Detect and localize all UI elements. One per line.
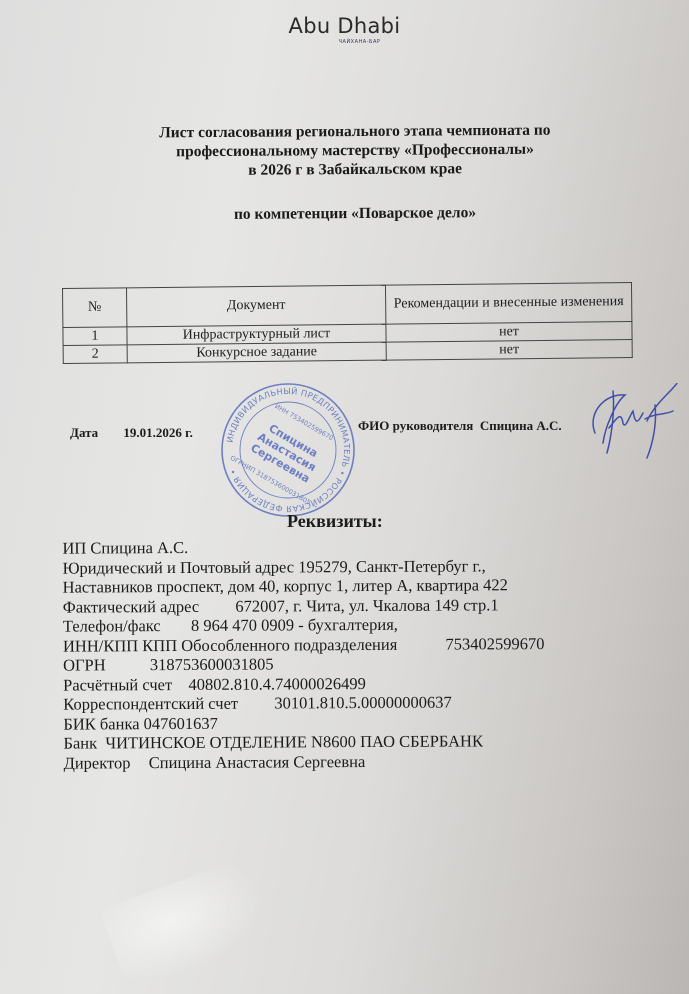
header-changes: Рекомендации и внесенные изменения — [385, 283, 631, 325]
manager-name-line: ФИО руководителя Спицина А.С. — [358, 418, 562, 434]
bik-value: 047601637 — [144, 713, 218, 732]
inn-value: 753402599670 — [445, 634, 544, 654]
logo-sub-text: ЧАЙХАНА-БАР — [30, 39, 689, 45]
ogrn-value: 318753600031805 — [150, 654, 274, 674]
manager-label: ФИО руководителя — [358, 418, 473, 433]
director: Директор Спицина Анастасия Сергеевна — [64, 750, 674, 773]
actual-address-label: Фактический адрес — [63, 596, 199, 616]
table-header-row: № Документ Рекомендации и внесенные изме… — [63, 283, 632, 328]
row-document: Конкурсное задание — [127, 342, 386, 363]
legal-address-value: 195279, Санкт-Петербуг г., — [298, 556, 486, 576]
requisites-title: Реквизиты: — [287, 511, 383, 532]
row-number: 1 — [63, 327, 127, 346]
header-document: Документ — [127, 285, 386, 327]
approval-date: Дата 19.01.2026 г. — [70, 425, 193, 441]
signature-icon — [585, 383, 685, 463]
date-label: Дата — [70, 425, 98, 440]
official-stamp-icon: ИНДИВИДУАЛЬНЫЙ ПРЕДПРИНИМАТЕЛЬ • РОССИЙС… — [218, 380, 358, 520]
title-line: в 2026 г в Забайкальском крае — [60, 158, 650, 181]
competence-title: по компетенции «Поварское дело» — [60, 203, 650, 225]
row-number: 2 — [63, 345, 127, 364]
header-number: № — [63, 288, 127, 328]
bank-label: Банк — [63, 733, 97, 752]
manager-name: Спицина А.С. — [480, 418, 562, 433]
requisites-block: ИП Спицина А.С. Юридический и Почтовый а… — [62, 535, 673, 772]
date-value: 19.01.2026 г. — [123, 425, 192, 440]
phone-label: Телефон/факс — [63, 616, 161, 636]
corr-value: 30101.810.5.00000000637 — [274, 693, 451, 713]
phone-value: 8 964 470 0909 - бухгалтерия, — [191, 615, 398, 635]
documents-table: № Документ Рекомендации и внесенные изме… — [62, 282, 633, 364]
director-value: Спицина Анастасия Сергеевна — [149, 752, 366, 772]
inn-label: ИНН/КПП КПП Обособленного подразделения — [63, 634, 397, 655]
document-page: Abu Dhabi ЧАЙХАНА-БАР Лист согласования … — [0, 0, 689, 994]
document-title: Лист согласования регионального этапа че… — [60, 120, 650, 181]
director-label: Директор — [64, 753, 131, 772]
account-label: Расчётный счет — [63, 675, 172, 695]
light-glare — [99, 855, 280, 994]
bank-value: ЧИТИНСКОЕ ОТДЕЛЕНИЕ N8600 ПАО СБЕРБАНК — [105, 731, 483, 752]
account-value: 40802.810.4.74000026499 — [188, 674, 365, 694]
bik-label: БИК банка — [63, 714, 139, 733]
legal-address-label: Юридический и Почтовый адрес — [62, 557, 294, 577]
row-changes: нет — [386, 340, 632, 361]
actual-address-value: 672007, г. Чита, ул. Чкалова 149 стр.1 — [235, 595, 498, 615]
corr-label: Корреспондентский счет — [63, 694, 238, 714]
company-logo: Abu Dhabi ЧАЙХАНА-БАР — [0, 14, 689, 45]
ogrn-label: ОГРН — [63, 655, 106, 674]
logo-main-text: Abu Dhabi — [0, 14, 689, 38]
